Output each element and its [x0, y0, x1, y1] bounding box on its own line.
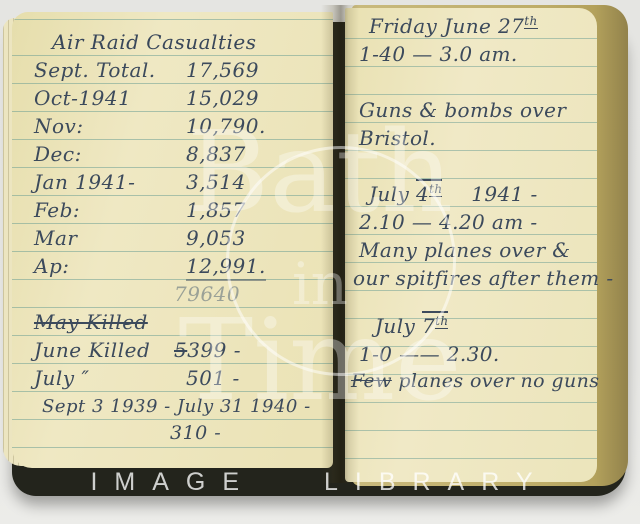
- entry3-month: July: [375, 314, 415, 338]
- entry3-time: 1-0 —— 2.30.: [359, 342, 500, 366]
- left-page: Air Raid Casualties Sept. Total. 17,569 …: [12, 12, 333, 468]
- casualty-row: Jan 1941- 3,514: [34, 170, 135, 194]
- row-value: 3,514: [186, 170, 246, 194]
- entry3-note: Few planes over no guns: [351, 370, 599, 392]
- entry1-date: Friday June 27th: [369, 14, 538, 38]
- notebook-photo: Air Raid Casualties Sept. Total. 17,569 …: [0, 0, 640, 524]
- entry2-note-2: our spitfires after them -: [353, 266, 614, 290]
- killed-row: July ″ 501 -: [34, 366, 89, 390]
- row-label: Nov:: [34, 114, 84, 138]
- row-label: Ap:: [34, 254, 69, 278]
- row-label: Sept. Total.: [34, 58, 156, 82]
- row-value: 10,790.: [186, 114, 266, 138]
- row-label: Dec:: [34, 142, 82, 166]
- entry1-day: Friday: [369, 14, 437, 38]
- row-value: 15,029: [186, 86, 259, 110]
- casualty-row: Dec: 8,837: [34, 142, 82, 166]
- casualty-row: Nov: 10,790.: [34, 114, 84, 138]
- row-label: Feb:: [34, 198, 80, 222]
- footnote-total: 310 -: [170, 422, 221, 444]
- row-label: Jan 1941-: [34, 170, 135, 194]
- row-value: 8,837: [186, 142, 246, 166]
- ordinal-suffix: th: [435, 314, 448, 329]
- entry1-note-2: Bristol.: [359, 126, 436, 150]
- entry1-daynum: 27th: [498, 14, 538, 38]
- total-value: 79640: [174, 282, 240, 306]
- row-label: Mar: [34, 226, 77, 250]
- note-text: planes over no guns: [398, 370, 599, 392]
- ordinal-suffix: th: [429, 182, 442, 197]
- entry2-month: July: [369, 182, 409, 206]
- killed-value: 399 -: [187, 338, 241, 362]
- killed-row: June Killed 5399 -: [34, 338, 150, 362]
- entry1-time: 1-40 — 3.0 am.: [359, 42, 518, 66]
- row-value: 12,991.: [186, 254, 266, 281]
- casualty-row: Ap: 12,991.: [34, 254, 69, 278]
- casualty-row: Oct-1941 15,029: [34, 86, 131, 110]
- entry1-month: June: [444, 14, 491, 38]
- crossed-digit: 5: [174, 338, 187, 362]
- entry3-daynum: 7th: [422, 311, 448, 338]
- row-value: 17,569: [186, 58, 259, 82]
- row-label: May Killed: [34, 310, 148, 334]
- entry2-time: 2.10 — 4.20 am -: [359, 210, 538, 234]
- row-label: June Killed: [34, 338, 150, 362]
- entry2-note-1: Many planes over &: [359, 238, 571, 262]
- row-label: July ″: [34, 366, 89, 390]
- entry3-date: July 7th: [375, 314, 448, 338]
- row-label: Oct-1941: [34, 86, 131, 110]
- casualty-row: Feb: 1,857: [34, 198, 80, 222]
- killed-row: May Killed: [34, 310, 148, 334]
- entry1-note-1: Guns & bombs over: [359, 98, 566, 122]
- row-value: 5399 -: [174, 338, 241, 362]
- page-title: Air Raid Casualties: [52, 30, 256, 54]
- entry2-year: 1941 -: [471, 182, 537, 206]
- casualty-row: Mar 9,053: [34, 226, 77, 250]
- right-page: Friday June 27th 1-40 — 3.0 am. Guns & b…: [345, 8, 597, 482]
- row-value: 501 -: [186, 366, 240, 390]
- footnote-dates: Sept 3 1939 - July 31 1940 -: [42, 396, 311, 417]
- row-value: 9,053: [186, 226, 246, 250]
- struck-word: Few: [351, 370, 392, 392]
- row-value: 1,857: [186, 198, 246, 222]
- entry2-date: July 4th 1941 -: [369, 182, 538, 206]
- ordinal-suffix: th: [524, 14, 537, 29]
- casualty-row: Sept. Total. 17,569: [34, 58, 156, 82]
- entry2-daynum: 4th: [416, 179, 442, 206]
